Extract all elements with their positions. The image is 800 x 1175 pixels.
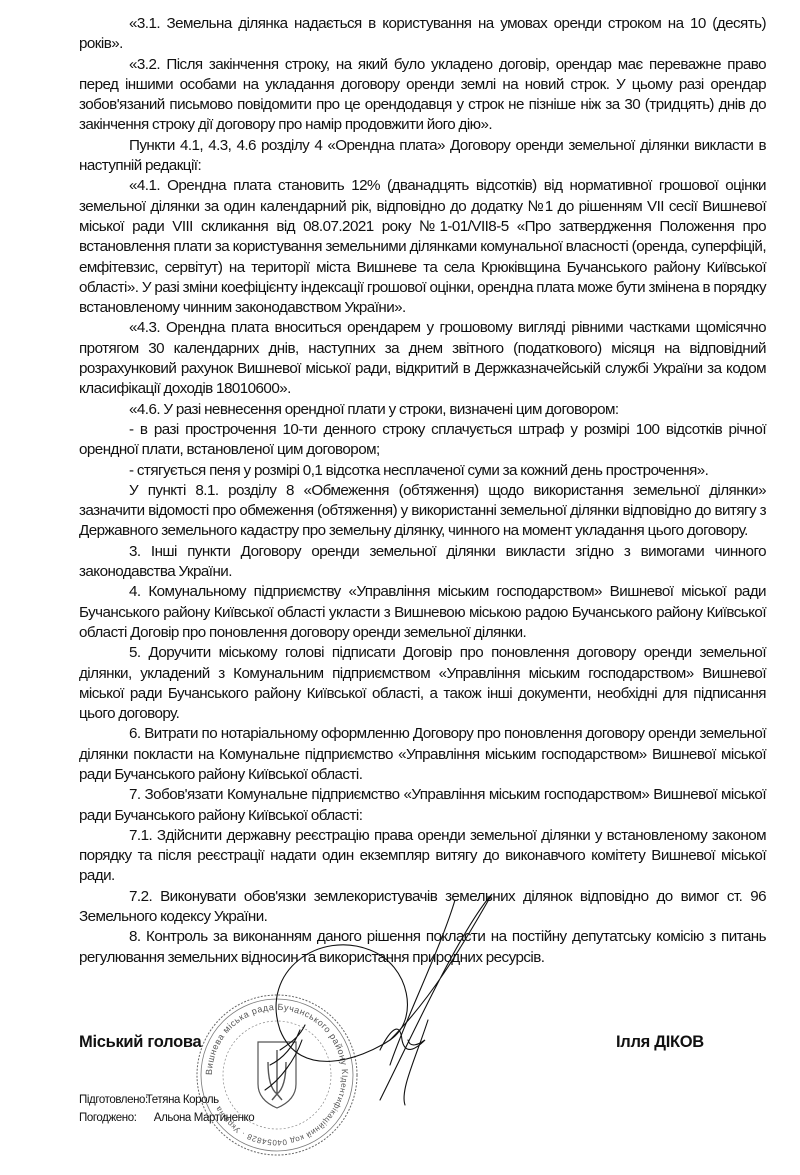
paragraph-item-7-1: 7.1. Здійснити державну реєстрацію права… (79, 826, 766, 887)
paragraph-item-5: 5. Доручити міському голові підписати До… (79, 643, 766, 724)
paragraph-item-3: 3. Інші пункти Договору оренди земельної… (79, 542, 766, 583)
paragraph-item-7: 7. Зобов'язати Комунальне підприємство «… (79, 785, 766, 826)
agreed-by-name: Альона Мартиненко (154, 1112, 255, 1124)
paragraph-4-6: «4.6. У разі невнесення орендної плати у… (79, 400, 766, 420)
prepared-by-name: Тетяна Король (146, 1094, 219, 1106)
paragraph-8-1: У пункті 8.1. розділу 8 «Обмеження (обтя… (79, 481, 766, 542)
paragraph-4-6-penalty: - стягується пеня у розмірі 0,1 відсотка… (79, 461, 766, 481)
document-body: «3.1. Земельна ділянка надається в корис… (79, 14, 766, 968)
svg-text:Вишнева міська рада Бучанськог: Вишнева міська рада Бучанського району К… (192, 990, 350, 1075)
paragraph-item-4: 4. Комунальному підприємству «Управління… (79, 582, 766, 643)
paragraph-3-2: «3.2. Після закінчення строку, на який б… (79, 55, 766, 136)
paragraph-item-8: 8. Контроль за виконанням даного рішення… (79, 927, 766, 968)
agreed-label: Погоджено: (79, 1112, 151, 1124)
paragraph-3-1: «3.1. Земельна ділянка надається в корис… (79, 14, 766, 55)
paragraph-section-4-intro: Пункти 4.1, 4.3, 4.6 розділу 4 «Орендна … (79, 136, 766, 177)
prepared-by-line: Підготовлено: Тетяна Король (79, 1094, 219, 1106)
prepared-label: Підготовлено: (79, 1094, 143, 1106)
coat-of-arms-icon (258, 1042, 296, 1108)
svg-text:Ідентифікаційний код 04054828: Ідентифікаційний код 04054828 · Україна (213, 1075, 349, 1147)
paragraph-item-6: 6. Витрати по нотаріальному оформленню Д… (79, 724, 766, 785)
signatory-name: Ілля ДІКОВ (616, 1033, 704, 1052)
agreed-by-line: Погоджено: Альона Мартиненко (79, 1112, 254, 1124)
position-title: Міський голова (79, 1033, 201, 1052)
paragraph-4-1: «4.1. Орендна плата становить 12% (двана… (79, 176, 766, 318)
paragraph-4-6-fine: - в разі прострочення 10-ти денного стро… (79, 420, 766, 461)
official-stamp: Вишнева міська рада Бучанського району К… (192, 990, 362, 1160)
paragraph-4-3: «4.3. Орендна плата вноситься орендарем … (79, 318, 766, 399)
paragraph-item-7-2: 7.2. Виконувати обов'язки землекористува… (79, 887, 766, 928)
